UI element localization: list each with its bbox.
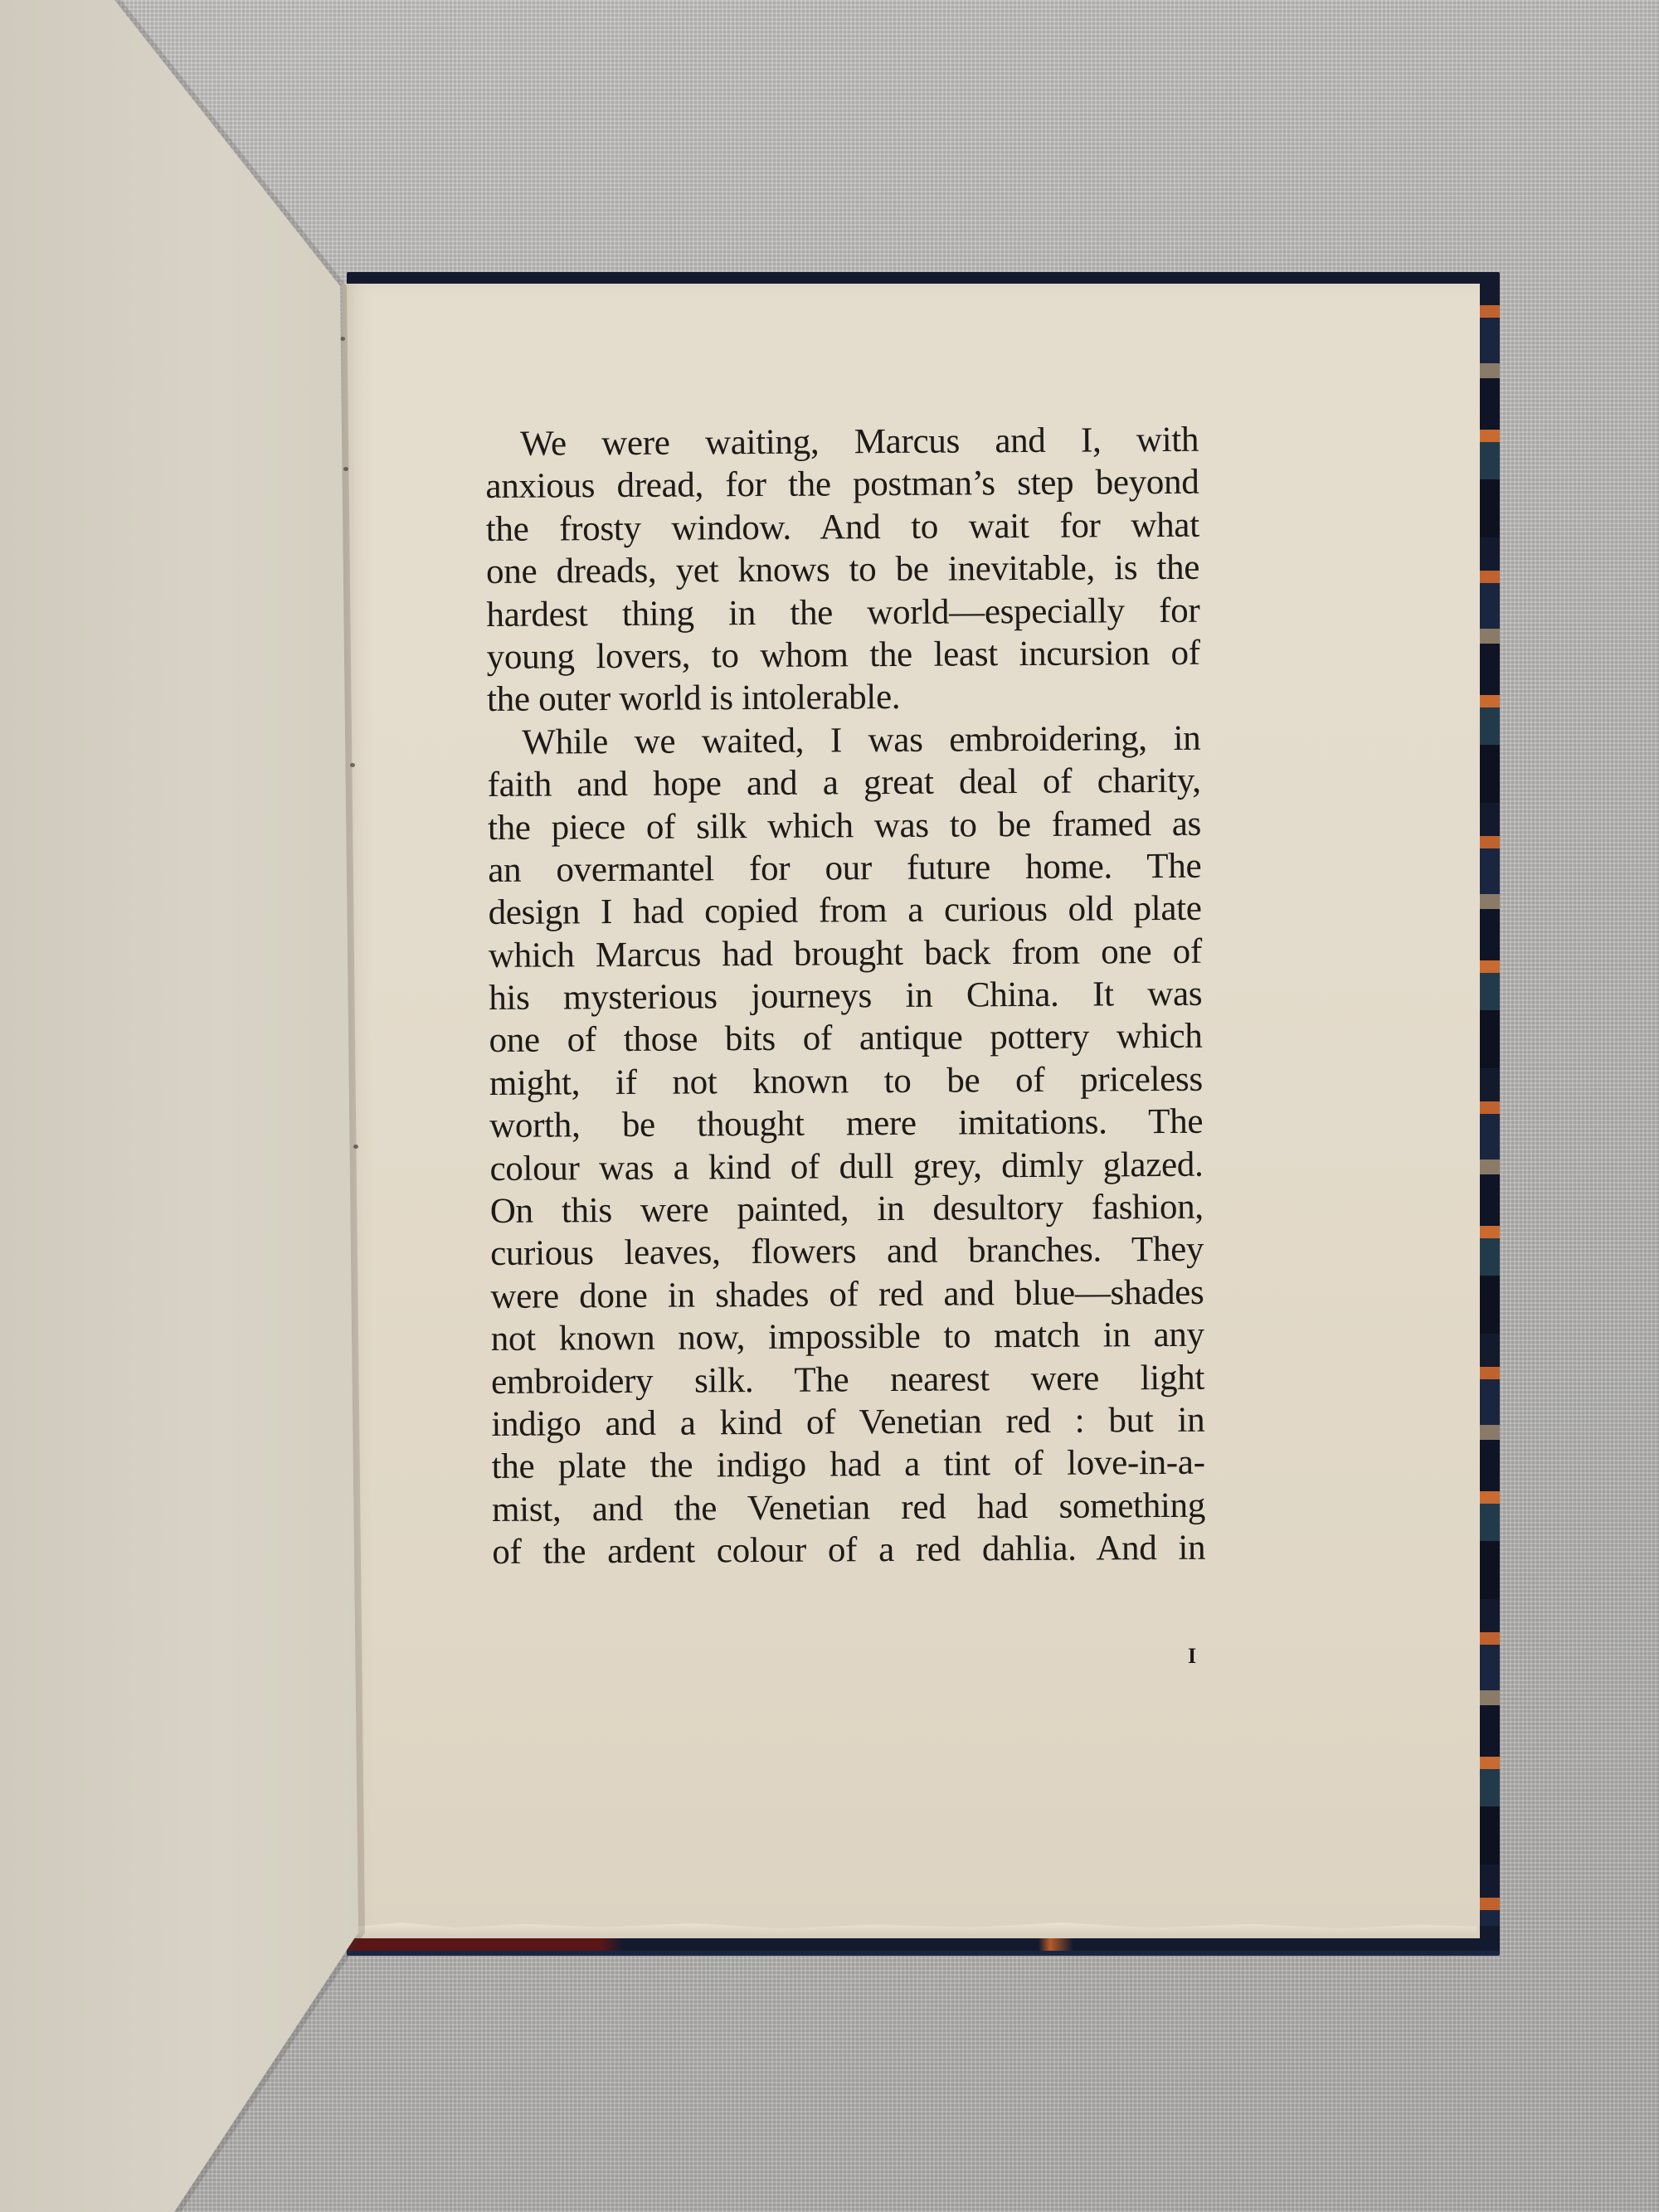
text-line: which Marcus had brought back from one o…	[489, 930, 1202, 977]
text-line: While we waited, I was embroidering, in	[487, 717, 1200, 764]
paragraph-1: We were waiting, Marcus and I, with anxi…	[485, 419, 1200, 722]
text-line: the plate the indigo had a tint of love-…	[492, 1441, 1205, 1489]
text-line: curious leaves, flowers and branches. Th…	[490, 1228, 1204, 1276]
text-line: the piece of silk which was to be framed…	[488, 802, 1201, 849]
text-line: one of those bits of antique pottery whi…	[489, 1015, 1202, 1062]
text-line: were done in shades of red and blue—shad…	[490, 1271, 1204, 1319]
text-line: his mysterious journeys in China. It was	[489, 973, 1202, 1020]
text-line: the frosty window. And to wait for what	[486, 504, 1199, 552]
text-line: the outer world is intolerable.	[487, 674, 1200, 722]
text-line: embroidery silk. The nearest were light	[491, 1356, 1204, 1403]
text-line: worth, be thought mere imitations. The	[489, 1101, 1203, 1148]
text-line: design I had copied from a curious old p…	[488, 887, 1201, 935]
text-line: faith and hope and a great deal of chari…	[488, 760, 1201, 807]
text-line: one dreads, yet knows to be inevitable, …	[486, 547, 1199, 594]
text-line: might, if not known to be of priceless	[489, 1058, 1203, 1106]
paragraph-2: While we waited, I was embroidering, in …	[487, 717, 1205, 1573]
text-line: On this were painted, in desultory fashi…	[490, 1186, 1204, 1233]
text-line: of the ardent colour of a red dahlia. An…	[492, 1527, 1205, 1574]
text-line: young lovers, to whom the least incursio…	[487, 632, 1200, 679]
text-line: hardest thing in the world—especially fo…	[486, 589, 1199, 636]
page-number: I	[1188, 1644, 1196, 1669]
text-line: colour was a kind of dull grey, dimly gl…	[489, 1143, 1203, 1190]
text-line: not known now, impossible to match in an…	[491, 1314, 1204, 1361]
text-line: We were waiting, Marcus and I, with	[485, 419, 1199, 466]
text-line: an overmantel for our future home. The	[488, 845, 1201, 892]
text-line: mist, and the Venetian red had something	[492, 1484, 1205, 1531]
text-line: anxious dread, for the postman’s step be…	[485, 461, 1199, 508]
book-page-left-blank	[0, 0, 365, 2212]
page-text-block: We were waiting, Marcus and I, with anxi…	[485, 419, 1205, 1574]
text-line: indigo and a kind of Venetian red : but …	[491, 1399, 1204, 1446]
